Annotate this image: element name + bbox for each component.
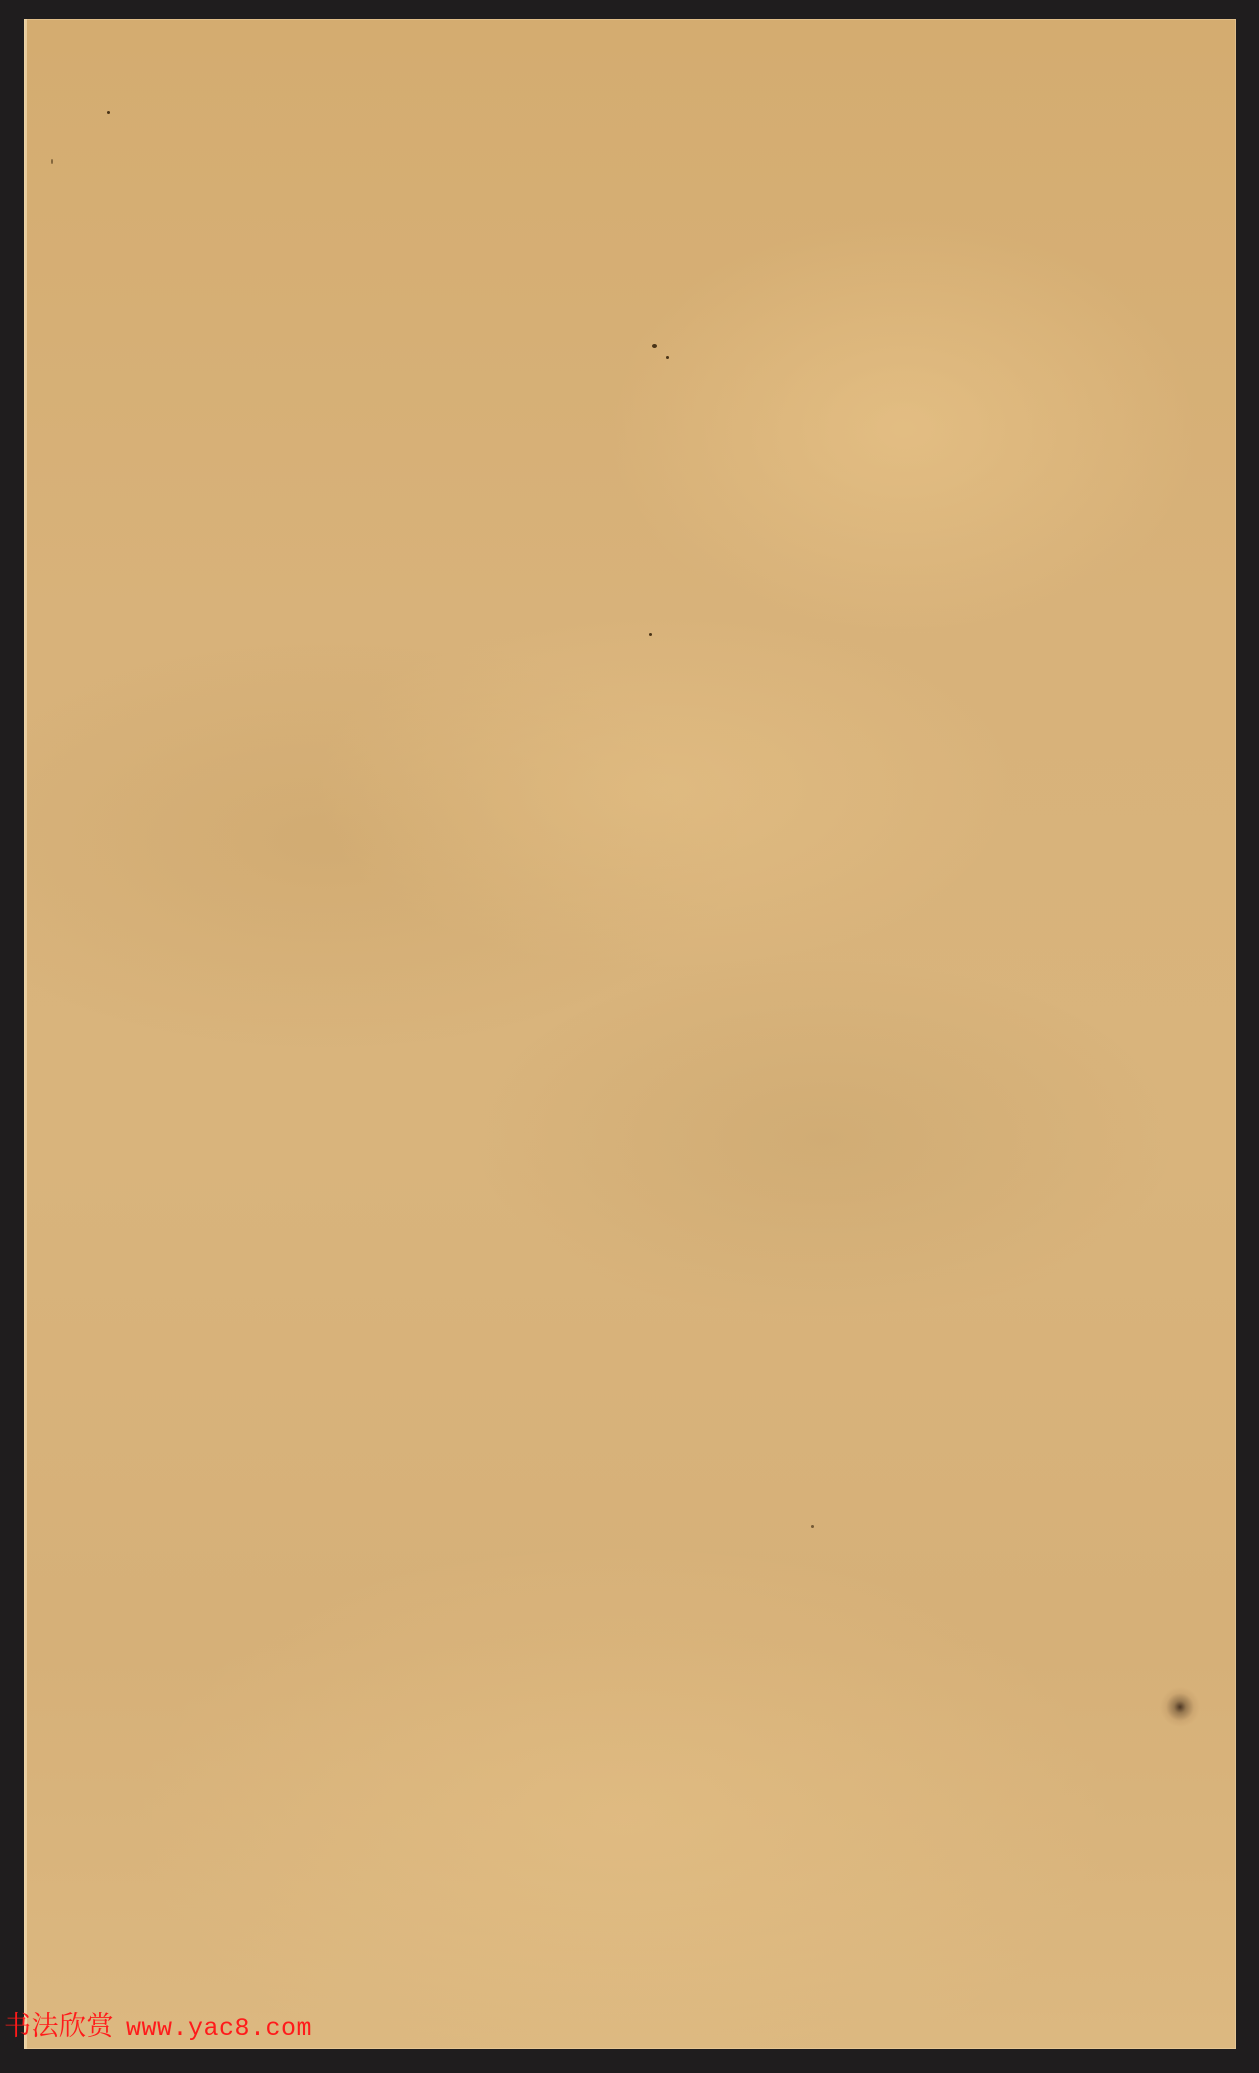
speck: [649, 633, 652, 636]
speck: [51, 159, 53, 164]
speck: [666, 356, 669, 359]
watermark: 书法欣赏www.yac8.com: [4, 2004, 312, 2043]
speck: [107, 111, 110, 114]
speck: [652, 344, 657, 348]
watermark-url: www.yac8.com: [126, 2014, 312, 2043]
speck: [811, 1525, 814, 1528]
watermark-site-name: 书法欣赏: [4, 2011, 114, 2041]
paper-sheet: [24, 19, 1236, 2049]
stain: [1160, 1687, 1200, 1727]
